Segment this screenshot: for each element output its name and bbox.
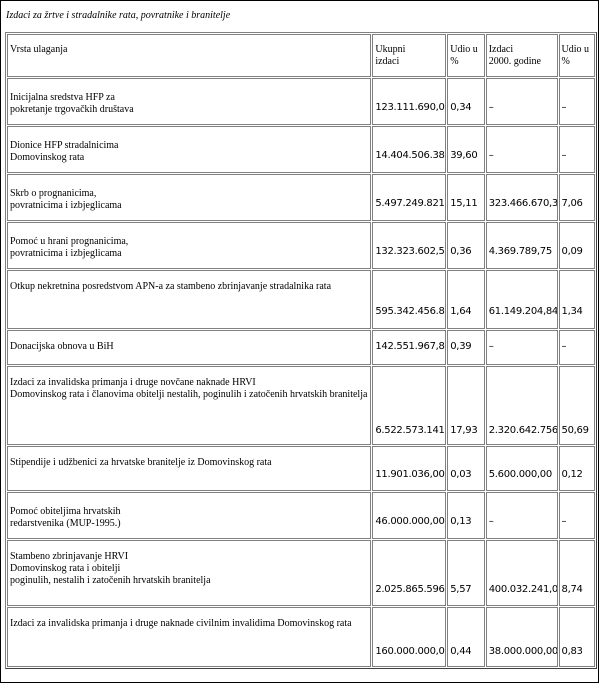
cell-expenditure-2000: – (486, 492, 558, 539)
table-row: Otkup nekretnina posredstvom APN-a za st… (7, 270, 595, 329)
cell-expenditure-2000: 61.149.204,84 (486, 270, 558, 329)
cell-expenditure-2000: – (486, 126, 558, 173)
cell-share-percent-2000: 1,34 (559, 270, 595, 329)
cell-share-percent-2000: – (559, 78, 595, 125)
cell-investment-type: Donacijska obnova u BiH (7, 330, 371, 365)
cell-total-expenditure: 160.000.000,00 (372, 607, 446, 667)
table-row: Dionice HFP stradalnicima Domovinskog ra… (7, 126, 595, 173)
table-caption: Izdaci za žrtve i stradalnike rata, povr… (6, 10, 230, 21)
cell-share-percent-2000: 0,12 (559, 446, 595, 491)
cell-investment-type: Inicijalna sredstva HFP za pokretanje tr… (7, 78, 371, 125)
cell-expenditure-2000: – (486, 78, 558, 125)
cell-share-percent: 1,64 (447, 270, 484, 329)
cell-investment-type: Skrb o prognanicima, povratnicima i izbj… (7, 174, 371, 221)
header-expenditure-2000: Izdaci 2000. godine (486, 34, 558, 77)
table-row: Inicijalna sredstva HFP za pokretanje tr… (7, 78, 595, 125)
header-share-percent-2000: Udio u % (559, 34, 595, 77)
cell-total-expenditure: 6.522.573.141,31 (372, 366, 446, 445)
document-frame: Izdaci za žrtve i stradalnike rata, povr… (0, 0, 599, 683)
header-share-percent: Udio u % (447, 34, 484, 77)
cell-investment-type: Izdaci za invalidska primanja i druge no… (7, 366, 371, 445)
cell-share-percent: 17,93 (447, 366, 484, 445)
cell-share-percent: 5,57 (447, 540, 484, 606)
cell-investment-type: Izdaci za invalidska primanja i druge na… (7, 607, 371, 667)
cell-share-percent-2000: – (559, 330, 595, 365)
cell-expenditure-2000: 4.369.789,75 (486, 222, 558, 269)
cell-share-percent-2000: – (559, 492, 595, 539)
cell-total-expenditure: 46.000.000,00 (372, 492, 446, 539)
cell-share-percent-2000: – (559, 126, 595, 173)
cell-share-percent-2000: 0,83 (559, 607, 595, 667)
cell-share-percent-2000: 50,69 (559, 366, 595, 445)
table-header-row: Vrsta ulaganja Ukupni izdaci Udio u % Iz… (7, 34, 595, 77)
cell-share-percent-2000: 0,09 (559, 222, 595, 269)
cell-total-expenditure: 5.497.249.821,90 (372, 174, 446, 221)
cell-total-expenditure: 132.323.602,52 (372, 222, 446, 269)
cell-share-percent: 15,11 (447, 174, 484, 221)
cell-share-percent: 0,13 (447, 492, 484, 539)
header-investment-type: Vrsta ulaganja (7, 34, 371, 77)
cell-share-percent-2000: 7,06 (559, 174, 595, 221)
cell-share-percent: 0,39 (447, 330, 484, 365)
cell-share-percent: 0,34 (447, 78, 484, 125)
header-total-expenditure: Ukupni izdaci (372, 34, 446, 77)
cell-investment-type: Pomoć obiteljima hrvatskih redarstvenika… (7, 492, 371, 539)
cell-investment-type: Dionice HFP stradalnicima Domovinskog ra… (7, 126, 371, 173)
cell-total-expenditure: 11.901.036,00 (372, 446, 446, 491)
cell-expenditure-2000: 400.032.241,06 (486, 540, 558, 606)
table-row: Donacijska obnova u BiH142.551.967,890,3… (7, 330, 595, 365)
cell-expenditure-2000: 2.320.642.756,29 (486, 366, 558, 445)
cell-expenditure-2000: – (486, 330, 558, 365)
table-row: Stambeno zbrinjavanje HRVI Domovinskog r… (7, 540, 595, 606)
cell-total-expenditure: 14.404.506.388,00 (372, 126, 446, 173)
table-row: Izdaci za invalidska primanja i druge na… (7, 607, 595, 667)
cell-total-expenditure: 123.111.690,00 (372, 78, 446, 125)
expenditure-table: Vrsta ulaganja Ukupni izdaci Udio u % Iz… (5, 32, 597, 669)
table-row: Skrb o prognanicima, povratnicima i izbj… (7, 174, 595, 221)
cell-share-percent: 39,60 (447, 126, 484, 173)
table-row: Izdaci za invalidska primanja i druge no… (7, 366, 595, 445)
cell-investment-type: Stipendije i udžbenici za hrvatske brani… (7, 446, 371, 491)
cell-share-percent-2000: 8,74 (559, 540, 595, 606)
cell-investment-type: Stambeno zbrinjavanje HRVI Domovinskog r… (7, 540, 371, 606)
cell-total-expenditure: 2.025.865.596,84 (372, 540, 446, 606)
cell-share-percent: 0,03 (447, 446, 484, 491)
cell-expenditure-2000: 323.466.670,38 (486, 174, 558, 221)
cell-expenditure-2000: 5.600.000,00 (486, 446, 558, 491)
cell-total-expenditure: 595.342.456.84 (372, 270, 446, 329)
cell-expenditure-2000: 38.000.000,00 (486, 607, 558, 667)
cell-total-expenditure: 142.551.967,89 (372, 330, 446, 365)
cell-share-percent: 0,44 (447, 607, 484, 667)
cell-share-percent: 0,36 (447, 222, 484, 269)
cell-investment-type: Otkup nekretnina posredstvom APN-a za st… (7, 270, 371, 329)
table-row: Pomoć u hrani prognanicima, povratnicima… (7, 222, 595, 269)
cell-investment-type: Pomoć u hrani prognanicima, povratnicima… (7, 222, 371, 269)
table-row: Stipendije i udžbenici za hrvatske brani… (7, 446, 595, 491)
table-row: Pomoć obiteljima hrvatskih redarstvenika… (7, 492, 595, 539)
